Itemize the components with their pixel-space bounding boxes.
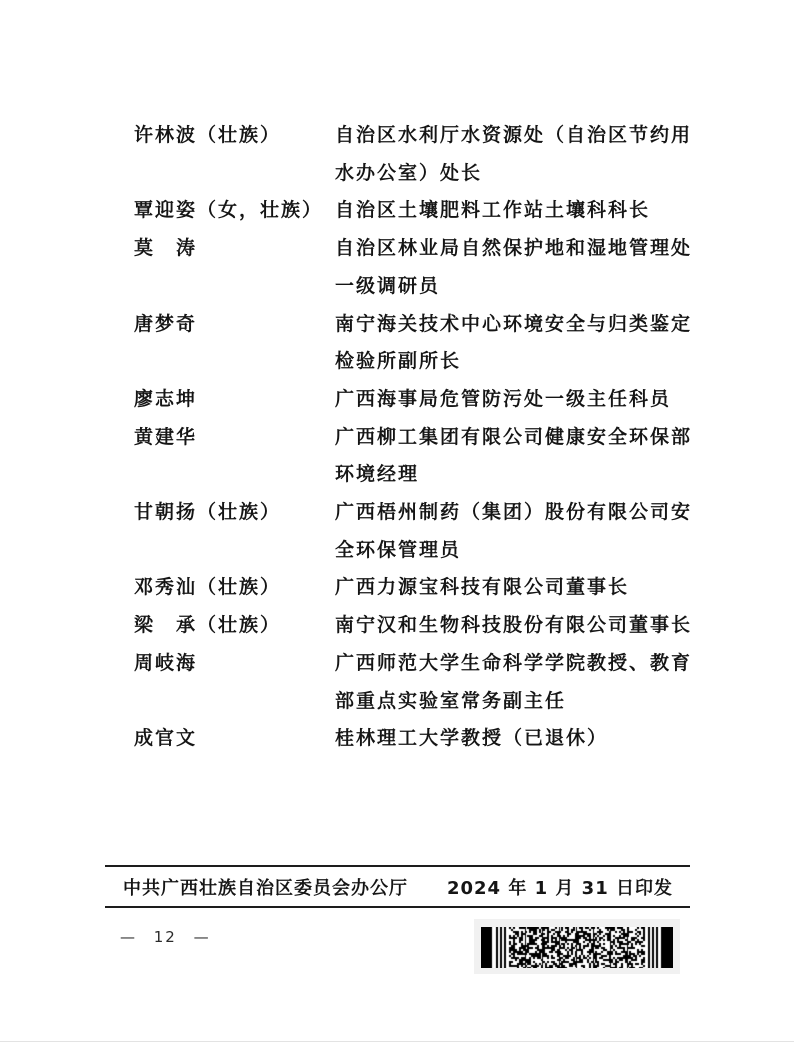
footer-colophon: 中共广西壮族自治区委员会办公厅 2024 年 1 月 31 日印发	[105, 871, 690, 903]
list-item: 成官文 桂林理工大学教授（已退休）	[134, 720, 700, 758]
person-title: 广西师范大学生命科学学院教授、教育部重点实验室常务副主任	[335, 645, 697, 720]
footer-issuer: 中共广西壮族自治区委员会办公厅	[123, 874, 408, 900]
person-title: 自治区林业局自然保护地和湿地管理处一级调研员	[335, 230, 697, 305]
person-title: 广西梧州制药（集团）股份有限公司安全环保管理员	[335, 494, 697, 569]
person-name: 周岐海	[134, 645, 335, 683]
page-number: — 12 —	[120, 928, 211, 946]
barcode-image	[481, 927, 673, 968]
person-name: 覃迎姿（女，壮族）	[134, 192, 335, 230]
person-name: 邓秀汕（壮族）	[134, 569, 335, 607]
person-name: 黄建华	[134, 419, 335, 457]
appointment-list: 许林波（壮族） 自治区水利厅水资源处（自治区节约用水办公室）处长 覃迎姿（女，壮…	[134, 117, 700, 758]
footer-print-date: 2024 年 1 月 31 日印发	[447, 874, 673, 900]
person-title: 桂林理工大学教授（已退休）	[335, 720, 697, 758]
person-title: 自治区土壤肥料工作站土壤科科长	[335, 192, 697, 230]
person-name: 唐梦奇	[134, 306, 335, 344]
person-title: 广西柳工集团有限公司健康安全环保部环境经理	[335, 419, 697, 494]
person-title: 南宁汉和生物科技股份有限公司董事长	[335, 607, 697, 645]
person-title: 广西海事局危管防污处一级主任科员	[335, 381, 697, 419]
person-name: 廖志坤	[134, 381, 335, 419]
person-title: 广西力源宝科技有限公司董事长	[335, 569, 697, 607]
person-name: 许林波（壮族）	[134, 117, 335, 155]
person-name: 莫 涛	[134, 230, 335, 268]
footer-bottom-rule	[105, 906, 690, 908]
list-item: 唐梦奇 南宁海关技术中心环境安全与归类鉴定检验所副所长	[134, 306, 700, 381]
person-name: 甘朝扬（壮族）	[134, 494, 335, 532]
person-title: 自治区水利厅水资源处（自治区节约用水办公室）处长	[335, 117, 697, 192]
list-item: 梁 承（壮族） 南宁汉和生物科技股份有限公司董事长	[134, 607, 700, 645]
list-item: 邓秀汕（壮族） 广西力源宝科技有限公司董事长	[134, 569, 700, 607]
list-item: 周岐海 广西师范大学生命科学学院教授、教育部重点实验室常务副主任	[134, 645, 700, 720]
person-name: 梁 承（壮族）	[134, 607, 335, 645]
document-page: 许林波（壮族） 自治区水利厅水资源处（自治区节约用水办公室）处长 覃迎姿（女，壮…	[0, 0, 794, 1042]
list-item: 莫 涛 自治区林业局自然保护地和湿地管理处一级调研员	[134, 230, 700, 305]
list-item: 许林波（壮族） 自治区水利厅水资源处（自治区节约用水办公室）处长	[134, 117, 700, 192]
person-name: 成官文	[134, 720, 335, 758]
footer-top-rule	[105, 865, 690, 867]
list-item: 覃迎姿（女，壮族） 自治区土壤肥料工作站土壤科科长	[134, 192, 700, 230]
list-item: 甘朝扬（壮族） 广西梧州制药（集团）股份有限公司安全环保管理员	[134, 494, 700, 569]
person-title: 南宁海关技术中心环境安全与归类鉴定检验所副所长	[335, 306, 697, 381]
list-item: 廖志坤 广西海事局危管防污处一级主任科员	[134, 381, 700, 419]
list-item: 黄建华 广西柳工集团有限公司健康安全环保部环境经理	[134, 419, 700, 494]
